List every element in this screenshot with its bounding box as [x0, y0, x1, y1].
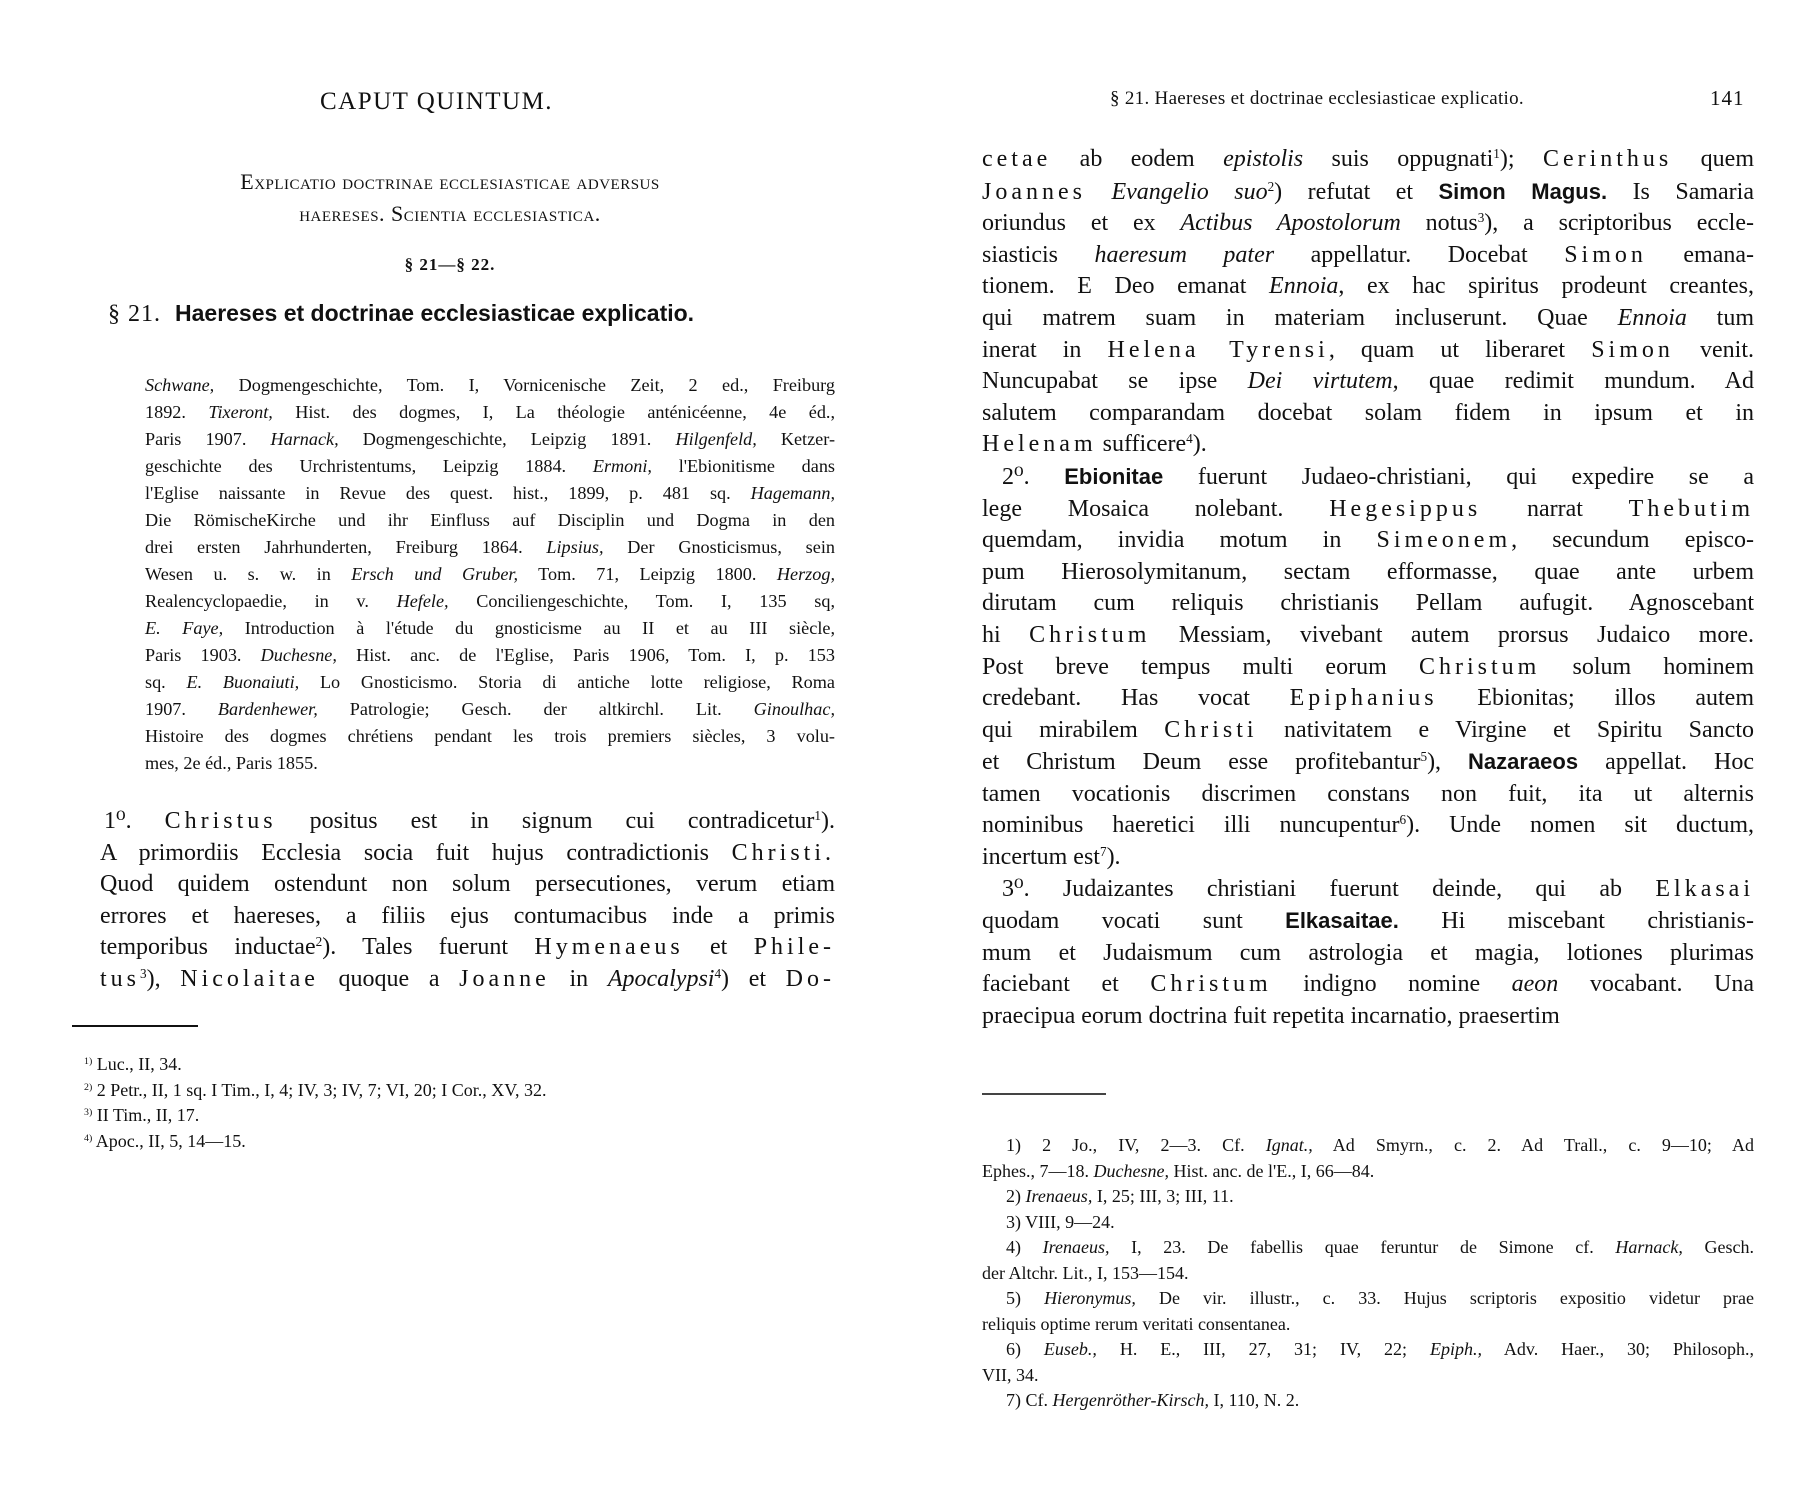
italic-text: Dei virtutem: [1248, 368, 1393, 394]
text: A primordiis Ecclesia socia fuit hujus c…: [100, 840, 732, 866]
running-head: § 21. Haereses et doctrinae ecclesiastic…: [1110, 88, 1524, 110]
text: , ex hac spiritus prodeunt creantes,: [1338, 273, 1754, 299]
text: vocabant. Una: [1558, 971, 1754, 997]
section-range: § 21—§ 22.: [100, 255, 800, 275]
text: 2): [1006, 1186, 1026, 1206]
chapter-title: CAPUT QUINTUM.: [320, 88, 553, 116]
text: ).: [1193, 431, 1207, 457]
text: Wesen u. s. w. in: [145, 564, 351, 584]
text: ) refutat et: [1274, 179, 1438, 205]
text: quem: [1672, 146, 1754, 172]
spaced-name: Simon: [1564, 242, 1647, 268]
text-line: et Christum Deum esse profitebantur5), N…: [982, 746, 1754, 779]
text: fuerunt Judaeo-christiani, qui expedire …: [1163, 464, 1754, 490]
author-name: Herzog,: [777, 564, 835, 584]
italic-text: aeon: [1512, 971, 1559, 997]
author-name: Duchesne,: [261, 645, 337, 665]
text: l'Eglise naissante in Revue des quest. h…: [145, 483, 751, 503]
text-line: Joannes Evangelio suo2) refutat et Simon…: [982, 176, 1754, 209]
text-line: dirutam cum reliquis christianis Pellam …: [982, 588, 1754, 620]
text: I, 25; III, 3; III, 11.: [1092, 1186, 1233, 1206]
bibliography-line: geschichte des Urchristentums, Leipzig 1…: [145, 453, 835, 480]
author-name: Bardenhewer,: [218, 699, 318, 719]
footnote-divider: [982, 1093, 1106, 1095]
text: in: [550, 966, 608, 992]
paragraph-number: 1⁰.: [104, 808, 132, 834]
spaced-name: tus: [100, 966, 140, 992]
text: qui mirabilem: [982, 717, 1164, 743]
paragraph-1: 1⁰. Christus positus est in signum cui c…: [100, 806, 835, 996]
text: Is Samaria: [1607, 179, 1754, 205]
bibliography-line: E. Faye, Introduction à l'étude du gnost…: [145, 615, 835, 642]
author-name: Hefele,: [397, 591, 449, 611]
text: sufficere: [1097, 431, 1187, 457]
text-line: quemdam, invidia motum in Simeonem, secu…: [982, 525, 1754, 557]
spaced-name: Simon: [1591, 337, 1674, 363]
footnote-text: Luc., II, 34.: [92, 1054, 181, 1074]
text: Nuncupabat se ipse: [982, 368, 1248, 394]
text-line: 6) Euseb., H. E., III, 27, 31; IV, 22; E…: [982, 1337, 1754, 1363]
footnote-mark: 4): [84, 1133, 92, 1144]
italic-text: Irenaeus,: [1026, 1186, 1093, 1206]
text: appellatur. Docebat: [1274, 242, 1564, 268]
text: quemdam, invidia motum in: [982, 527, 1376, 553]
text: [1086, 179, 1111, 205]
text: faciebant et: [982, 971, 1150, 997]
text: , quam ut liberaret: [1329, 337, 1591, 363]
spaced-name: Joannes: [982, 179, 1086, 205]
text: quodam vocati sunt: [982, 908, 1285, 934]
spaced-name: Simeonem: [1376, 527, 1511, 553]
chapter-subtitle-line-2: haereses. Scientia ecclesiastica.: [100, 198, 800, 230]
text-line: 5) Hieronymus, De vir. illustr., c. 33. …: [982, 1286, 1754, 1312]
text: hi: [982, 622, 1029, 648]
right-body-text: cetae ab eodem epistolis suis oppugnati1…: [982, 144, 1754, 1033]
text-line: 1⁰. Christus positus est in signum cui c…: [100, 806, 835, 838]
text-line: Quod quidem ostendunt non solum persecut…: [100, 869, 835, 901]
italic-text: Actibus Apostolorum: [1180, 210, 1400, 236]
italic-text: Epiph.,: [1430, 1339, 1482, 1359]
text: Gesch.: [1683, 1237, 1754, 1257]
text: Die RömischeKirche und ihr Einfluss auf …: [145, 510, 835, 530]
text: Hist. anc. de l'Eglise, Paris 1906, Tom.…: [337, 645, 835, 665]
text-line: der Altchr. Lit., I, 153—154.: [982, 1261, 1754, 1287]
bibliography-line: l'Eglise naissante in Revue des quest. h…: [145, 480, 835, 507]
text: Ketzer-: [757, 429, 835, 449]
author-name: Schwane,: [145, 375, 214, 395]
text: Messiam, vivebant autem prorsus Judaico …: [1150, 622, 1754, 648]
spaced-name: Hegesippus: [1329, 496, 1481, 522]
text: reliquis optime rerum veritati consentan…: [982, 1314, 1290, 1334]
text: incertum est: [982, 844, 1100, 870]
text-line: 3⁰. Judaizantes christiani fuerunt deind…: [982, 874, 1754, 906]
text-line: pum Hierosolymitanum, sectam efformasse,…: [982, 557, 1754, 589]
text-line: mum et Judaismum cum astrologia et magia…: [982, 938, 1754, 970]
spaced-name: Christi.: [732, 840, 835, 866]
text: Ephes., 7—18.: [982, 1161, 1094, 1181]
text-line: nominibus haeretici illi nuncupentur6). …: [982, 810, 1754, 842]
section-number: § 21.: [108, 301, 161, 327]
spaced-name: Cerinthus: [1543, 146, 1672, 172]
text: ).: [821, 808, 835, 834]
bold-term: Ebionitae: [1064, 464, 1163, 489]
bibliography-line: Die RömischeKirche und ihr Einfluss auf …: [145, 507, 835, 534]
spaced-name: Phile-: [754, 934, 835, 960]
italic-text: Ennoia: [1618, 305, 1687, 331]
text: ),: [1427, 749, 1468, 775]
text: I, 110, N. 2.: [1209, 1390, 1299, 1410]
text: , quae redimit mundum. Ad: [1393, 368, 1754, 394]
bibliography-block: Schwane, Dogmengeschichte, Tom. I, Vorni…: [145, 372, 835, 777]
text: venit.: [1674, 337, 1754, 363]
footnote: 2) 2 Petr., II, 1 sq. I Tim., I, 4; IV, …: [84, 1078, 546, 1104]
text: salutem comparandam docebat solam fidem …: [982, 400, 1754, 426]
text: Post breve tempus multi eorum: [982, 654, 1419, 680]
text: sq.: [145, 672, 186, 692]
text-line: Post breve tempus multi eorum Christum s…: [982, 652, 1754, 684]
text-line: A primordiis Ecclesia socia fuit hujus c…: [100, 838, 835, 870]
bibliography-line: 1907. Bardenhewer, Patrologie; Gesch. de…: [145, 696, 835, 723]
text-line: qui matrem suam in materiam incluserunt.…: [982, 303, 1754, 335]
text: Lo Gnosticismo. Storia di antiche lotte …: [299, 672, 835, 692]
bibliography-line: Paris 1903. Duchesne, Hist. anc. de l'Eg…: [145, 642, 835, 669]
text: Hist. des dogmes, I, La théologie anténi…: [273, 402, 835, 422]
text: solum hominem: [1540, 654, 1754, 680]
italic-text: Harnack,: [1615, 1237, 1682, 1257]
footnotes-left: 1) Luc., II, 34. 2) 2 Petr., II, 1 sq. I…: [84, 1052, 546, 1154]
text: et Christum Deum esse profitebantur: [982, 749, 1420, 775]
text: 1892.: [145, 402, 208, 422]
text: dirutam cum reliquis christianis Pellam …: [982, 590, 1754, 616]
spaced-name: Helena Tyrensi: [1108, 337, 1329, 363]
footnote-divider: [72, 1025, 198, 1027]
page-number: 141: [1710, 86, 1745, 111]
text: Paris 1907.: [145, 429, 270, 449]
text-line: Nuncupabat se ipse Dei virtutem, quae re…: [982, 366, 1754, 398]
spaced-name: Christi: [1164, 717, 1257, 743]
text: Introduction à l'étude du gnosticisme au…: [223, 618, 835, 638]
footnote-ref[interactable]: 4: [1186, 431, 1193, 446]
text: praecipua eorum doctrina fuit repetita i…: [982, 1003, 1560, 1029]
spaced-name: Christum: [1150, 971, 1271, 997]
italic-text: Euseb.,: [1044, 1339, 1097, 1359]
text: Conciliengeschichte, Tom. I, 135 sq,: [449, 591, 835, 611]
text: ),: [147, 966, 181, 992]
text-line: 2) Irenaeus, I, 25; III, 3; III, 11.: [982, 1184, 1754, 1210]
text-line: temporibus inductae2). Tales fuerunt Hym…: [100, 932, 835, 964]
author-name: Hilgenfeld,: [675, 429, 756, 449]
text-line: 2⁰. Ebionitae fuerunt Judaeo-christiani,…: [982, 461, 1754, 494]
text: emana-: [1647, 242, 1754, 268]
text: lege Mosaica nolebant.: [982, 496, 1329, 522]
text: Hist. anc. de l'E., I, 66—84.: [1169, 1161, 1374, 1181]
bibliography-line: Wesen u. s. w. in Ersch und Gruber, Tom.…: [145, 561, 835, 588]
text: ). Tales fuerunt: [322, 934, 534, 960]
text: Realencyclopaedie, in v.: [145, 591, 397, 611]
text: mum et Judaismum cum astrologia et magia…: [982, 940, 1754, 966]
text: 1) 2 Jo., IV, 2—3. Cf.: [1006, 1135, 1266, 1155]
text-line: 4) Irenaeus, I, 23. De fabellis quae fer…: [982, 1235, 1754, 1261]
bibliography-line: Realencyclopaedie, in v. Hefele, Concili…: [145, 588, 835, 615]
text: suis oppugnati: [1303, 146, 1493, 172]
spaced-name: Hymenaeus: [534, 934, 683, 960]
text: Paris 1903.: [145, 645, 261, 665]
text: siasticis: [982, 242, 1095, 268]
author-name: Ermoni,: [593, 456, 652, 476]
text-line: 3) VIII, 9—24.: [982, 1210, 1754, 1236]
bibliography-line: Histoire des dogmes chrétiens pendant le…: [145, 723, 835, 750]
italic-text: Hergenröther-Kirsch,: [1053, 1390, 1209, 1410]
text: I, 23. De fabellis quae feruntur de Simo…: [1109, 1237, 1615, 1257]
bibliography-line: mes, 2e éd., Paris 1855.: [145, 750, 835, 777]
italic-text: Irenaeus,: [1043, 1237, 1110, 1257]
section-heading: § 21.Haereses et doctrinae ecclesiastica…: [108, 300, 694, 328]
footnote: 1) Luc., II, 34.: [84, 1052, 546, 1078]
italic-text: Ignat.,: [1266, 1135, 1313, 1155]
spaced-name: Christum: [1419, 654, 1540, 680]
bold-term: Elkasaitae.: [1285, 908, 1399, 933]
text-line: quodam vocati sunt Elkasaitae. Hi misceb…: [982, 905, 1754, 938]
text-line: hi Christum Messiam, vivebant autem pror…: [982, 620, 1754, 652]
text: tionem. E Deo emanat: [982, 273, 1269, 299]
italic-text: Hieronymus,: [1044, 1288, 1136, 1308]
footnote-text: 2 Petr., II, 1 sq. I Tim., I, 4; IV, 3; …: [92, 1080, 546, 1100]
text: 6): [1006, 1339, 1044, 1359]
text-line: VII, 34.: [982, 1363, 1754, 1389]
footnote: 4) Apoc., II, 5, 14—15.: [84, 1129, 546, 1155]
bibliography-line: sq. E. Buonaiuti, Lo Gnosticismo. Storia…: [145, 669, 835, 696]
bibliography-line: 1892. Tixeront, Hist. des dogmes, I, La …: [145, 399, 835, 426]
text: tamen vocationis discrimen constans non …: [982, 781, 1754, 807]
text: 5): [1006, 1288, 1044, 1308]
text: positus est in signum cui contradicetur: [277, 808, 815, 834]
text: Ad Smyrn., c. 2. Ad Trall., c. 9—10; Ad: [1313, 1135, 1754, 1155]
spaced-name: Joanne: [459, 966, 550, 992]
text-line: salutem comparandam docebat solam fidem …: [982, 398, 1754, 430]
footnote-ref[interactable]: 1: [1493, 146, 1500, 161]
text: Der Gnosticismus, sein: [604, 537, 835, 557]
text: l'Ebionitisme dans: [652, 456, 835, 476]
text: ).: [1107, 844, 1121, 870]
text-line: tionem. E Deo emanat Ennoia, ex hac spir…: [982, 271, 1754, 303]
spaced-name: Helenam: [982, 431, 1097, 457]
text-line: inerat in Helena Tyrensi, quam ut libera…: [982, 335, 1754, 367]
text: VII, 34.: [982, 1365, 1039, 1385]
footnotes-right: 1) 2 Jo., IV, 2—3. Cf. Ignat., Ad Smyrn.…: [982, 1133, 1754, 1414]
author-name: Lipsius,: [546, 537, 603, 557]
text: 1907.: [145, 699, 218, 719]
bold-term: Simon Magus.: [1439, 179, 1608, 204]
text: et: [684, 934, 754, 960]
spaced-name: Christum: [1029, 622, 1150, 648]
italic-text: Apocalypsi: [608, 966, 715, 992]
footnote-text: Apoc., II, 5, 14—15.: [92, 1131, 245, 1151]
author-name: Tixeront,: [208, 402, 273, 422]
text: Patrologie; Gesch. der altkirchl. Lit.: [318, 699, 754, 719]
text-line: tamen vocationis discrimen constans non …: [982, 779, 1754, 811]
author-name: E. Faye,: [145, 618, 223, 638]
text: nativitatem e Virgine et Spiritu Sancto: [1258, 717, 1754, 743]
spaced-name: cetae: [982, 146, 1051, 172]
text: notus: [1401, 210, 1478, 236]
text: 4): [1006, 1237, 1043, 1257]
author-name: Ersch und Gruber,: [351, 564, 518, 584]
text-line: incertum est7).: [982, 842, 1754, 874]
italic-text: Evangelio suo: [1111, 179, 1267, 205]
text-line: faciebant et Christum indigno nomine aeo…: [982, 969, 1754, 1001]
section-title: Haereses et doctrinae ecclesiasticae exp…: [175, 300, 694, 326]
spaced-name: Nicolaitae: [180, 966, 319, 992]
bibliography-line: Paris 1907. Harnack, Dogmengeschichte, L…: [145, 426, 835, 453]
footnote-ref[interactable]: 7: [1100, 844, 1107, 859]
text: H. E., III, 27, 31; IV, 22;: [1097, 1339, 1430, 1359]
spaced-name: Do-: [786, 966, 835, 992]
text: ). Unde nomen sit ductum,: [1406, 812, 1754, 838]
text-line: Helenam sufficere4).: [982, 429, 1754, 461]
text-line: credebant. Has vocat Epiphanius Ebionita…: [982, 683, 1754, 715]
text: nominibus haeretici illi nuncupentur: [982, 812, 1400, 838]
text-line: 1) 2 Jo., IV, 2—3. Cf. Ignat., Ad Smyrn.…: [982, 1133, 1754, 1159]
text: der Altchr. Lit., I, 153—154.: [982, 1263, 1188, 1283]
text-line: reliquis optime rerum veritati consentan…: [982, 1312, 1754, 1338]
text: Ebionitas; illos autem: [1438, 685, 1754, 711]
text-line: praecipua eorum doctrina fuit repetita i…: [982, 1001, 1754, 1033]
bold-term: Nazaraeos: [1468, 749, 1578, 774]
text: indigno nomine: [1272, 971, 1512, 997]
text: inerat in: [982, 337, 1108, 363]
text: 2⁰.: [1002, 464, 1064, 490]
text: );: [1500, 146, 1543, 172]
text-line: qui mirabilem Christi nativitatem e Virg…: [982, 715, 1754, 747]
text: Adv. Haer., 30; Philosoph.,: [1482, 1339, 1754, 1359]
text: geschichte des Urchristentums, Leipzig 1…: [145, 456, 593, 476]
text: 3) VIII, 9—24.: [1006, 1212, 1115, 1232]
spaced-name: Epiphanius: [1290, 685, 1438, 711]
text: temporibus inductae: [100, 934, 316, 960]
bibliography-line: drei ersten Jahrhunderten, Freiburg 1864…: [145, 534, 835, 561]
italic-text: epistolis: [1223, 146, 1303, 172]
text: De vir. illustr., c. 33. Hujus scriptori…: [1136, 1288, 1754, 1308]
text-line: 7) Cf. Hergenröther-Kirsch, I, 110, N. 2…: [982, 1388, 1754, 1414]
text: quoque a: [319, 966, 459, 992]
text-line: lege Mosaica nolebant. Hegesippus narrat…: [982, 494, 1754, 526]
author-name: Harnack,: [270, 429, 338, 449]
text: 7) Cf.: [1006, 1390, 1053, 1410]
italic-text: Ennoia: [1269, 273, 1338, 299]
footnote-mark: 1): [84, 1056, 92, 1067]
footnote-mark: 2): [84, 1082, 92, 1093]
text: pum Hierosolymitanum, sectam efformasse,…: [982, 559, 1754, 585]
italic-text: haeresum pater: [1095, 242, 1275, 268]
author-name: Hagemann,: [751, 483, 835, 503]
text: ) et: [721, 966, 786, 992]
text-line: tus3), Nicolaitae quoque a Joanne in Apo…: [100, 964, 835, 996]
bibliography-line: Schwane, Dogmengeschichte, Tom. I, Vorni…: [145, 372, 835, 399]
text: ), a scriptoribus eccle-: [1484, 210, 1754, 236]
text: Hi miscebant christianis-: [1399, 908, 1754, 934]
text-line: siasticis haeresum pater appellatur. Doc…: [982, 240, 1754, 272]
text-line: cetae ab eodem epistolis suis oppugnati1…: [982, 144, 1754, 176]
text: Tom. 71, Leipzig 1800.: [518, 564, 777, 584]
spaced-name: Christus: [165, 808, 277, 834]
text: tum: [1687, 305, 1754, 331]
footnote-ref[interactable]: 3: [140, 966, 147, 981]
text: Histoire des dogmes chrétiens pendant le…: [145, 726, 835, 746]
footnote-text: II Tim., II, 17.: [92, 1105, 199, 1125]
text-line: Ephes., 7—18. Duchesne, Hist. anc. de l'…: [982, 1159, 1754, 1185]
text: Dogmengeschichte, Leipzig 1891.: [339, 429, 676, 449]
text: ab eodem: [1051, 146, 1223, 172]
footnote-mark: 3): [84, 1107, 92, 1118]
text: , secundum episco-: [1511, 527, 1754, 553]
author-name: E. Buonaiuti,: [186, 672, 299, 692]
text: appellat. Hoc: [1578, 749, 1754, 775]
text: oriundus et ex: [982, 210, 1180, 236]
text: qui matrem suam in materiam incluserunt.…: [982, 305, 1618, 331]
spaced-name: Elkasai: [1655, 876, 1754, 902]
chapter-subtitle-line-1: Explicatio doctrinae ecclesiasticae adve…: [100, 166, 800, 198]
italic-text: Duchesne,: [1094, 1161, 1169, 1181]
text-line: errores et haereses, a filiis ejus contu…: [100, 901, 835, 933]
spaced-name: Thebutim: [1629, 496, 1754, 522]
text-line: oriundus et ex Actibus Apostolorum notus…: [982, 208, 1754, 240]
text: credebant. Has vocat: [982, 685, 1290, 711]
text: Dogmengeschichte, Tom. I, Vornicenische …: [214, 375, 835, 395]
author-name: Ginoulhac,: [754, 699, 835, 719]
text: 3⁰. Judaizantes christiani fuerunt deind…: [1002, 876, 1655, 902]
text: narrat: [1481, 496, 1628, 522]
text: drei ersten Jahrhunderten, Freiburg 1864…: [145, 537, 546, 557]
text: mes, 2e éd., Paris 1855.: [145, 753, 318, 773]
footnote: 3) II Tim., II, 17.: [84, 1103, 546, 1129]
